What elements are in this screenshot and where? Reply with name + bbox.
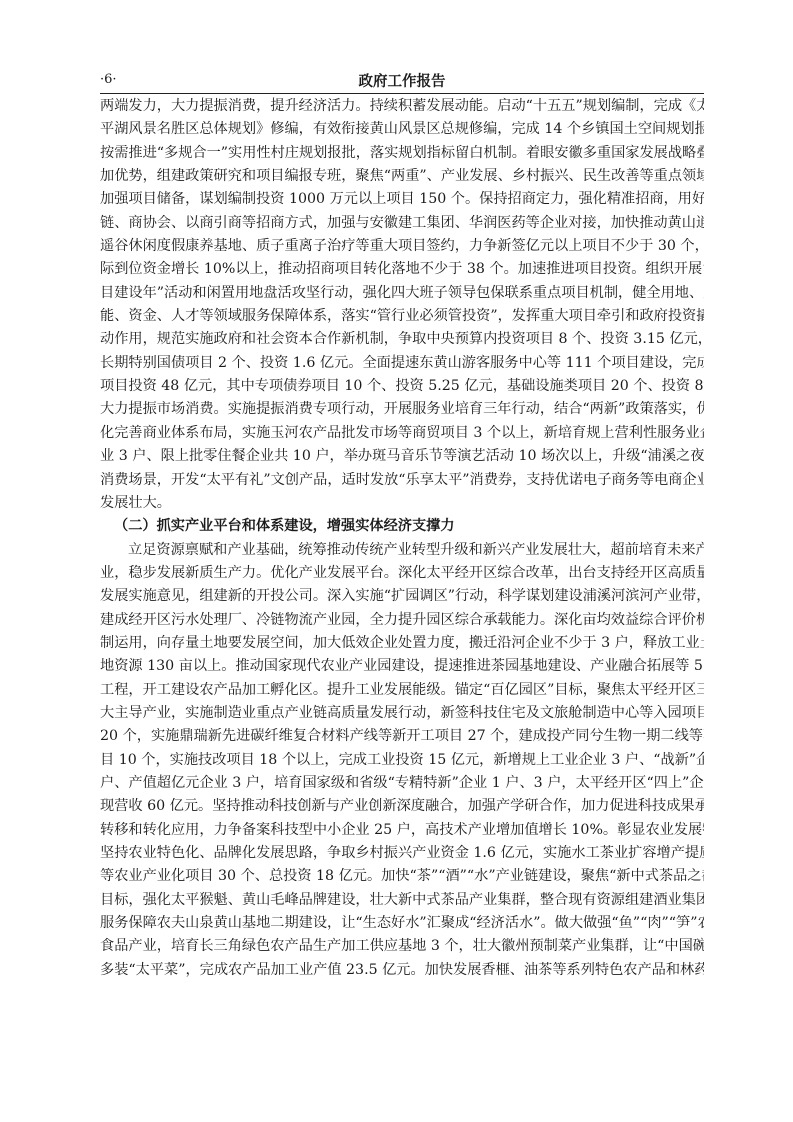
text-line: 际到位资金增长 10%以上，推动招商项目转化落地不少于 38 个。加速推进项目投… bbox=[100, 258, 704, 281]
text-line: 加强项目储备，谋划编制投资 1000 万元以上项目 150 个。保持招商定力，强… bbox=[100, 188, 704, 211]
text-line: 发展实施意见，组建新的开投公司。深入实施“扩园调区”行动，科学谋划建设浦溪河滨河… bbox=[100, 585, 704, 608]
text-line: 发展壮大。 bbox=[100, 492, 704, 515]
text-line: 化完善商业体系布局，实施玉河农产品批发市场等商贸项目 3 个以上，新培育规上营利… bbox=[100, 422, 704, 445]
text-line: 现营收 60 亿元。坚持推动科技创新与产业创新深度融合，加强产学研合作，加力促进… bbox=[100, 795, 704, 818]
page-header: ·6· 政府工作报告 bbox=[100, 70, 704, 92]
text-line: 户、产值超亿元企业 3 户，培育国家级和省级“专精特新”企业 1 户、3 户，太… bbox=[100, 772, 704, 795]
text-line: 业 3 户、限上批零住餐企业共 10 户，举办斑马音乐节等演艺活动 10 场次以… bbox=[100, 445, 704, 468]
text-line: 遥谷休闲度假康养基地、质子重离子治疗等重大项目签约，力争新签亿元以上项目不少于 … bbox=[100, 235, 704, 258]
text-line: 多装“太平菜”，完成农产品加工业产值 23.5 亿元。加快发展香榧、油茶等系列特… bbox=[100, 959, 704, 982]
text-line: 目建设年”活动和闲置用地盘活攻坚行动，强化四大班子领导包保联系重点项目机制，健全… bbox=[100, 282, 704, 305]
text-line: 转移和转化应用，力争备案科技型中小企业 25 户，高技术产业增加值增长 10%。… bbox=[100, 819, 704, 842]
text-line: 平湖风景名胜区总体规划》修编，有效衔接黄山风景区总规修编，完成 14 个乡镇国土… bbox=[100, 118, 704, 141]
text-line: 长期特别国债项目 2 个、投资 1.6 亿元。全面提速东黄山游客服务中心等 11… bbox=[100, 352, 704, 375]
text-line: 大主导产业，实施制造业重点产业链高质量发展行动，新签科技住宅及文旅舱制造中心等入… bbox=[100, 702, 704, 725]
header-rule bbox=[100, 93, 704, 94]
text-line: 能、资金、人才等领域服务保障体系，落实“管行业必须管投资”，发挥重大项目牵引和政… bbox=[100, 305, 704, 328]
text-line: 链、商协会、以商引商等招商方式，加强与安徽建工集团、华润医药等企业对接，加快推动… bbox=[100, 212, 704, 235]
text-line: 地资源 130 亩以上。推动国家现代农业产业园建设，提速推进茶园基地建设、产业融… bbox=[100, 655, 704, 678]
text-line: 业，稳步发展新质生产力。优化产业发展平台。深化太平经开区综合改革，出台支持经开区… bbox=[100, 562, 704, 585]
text-line: 消费场景，开发“太平有礼”文创产品，适时发放“乐享太平”消费券，支持优诺电子商务… bbox=[100, 469, 704, 492]
section-heading: （二）抓实产业平台和体系建设，增强实体经济支撑力 bbox=[100, 515, 704, 538]
text-line: 目 10 个，实施技改项目 18 个以上，完成工业投资 15 亿元，新增规上工业… bbox=[100, 749, 704, 772]
text-line: 动作用，规范实施政府和社会资本合作新机制，争取中央预算内投资项目 8 个、投资 … bbox=[100, 328, 704, 351]
text-line: 服务保障农夫山泉黄山基地二期建设，让“生态好水”汇聚成“经济活水”。做大做强“鱼… bbox=[100, 912, 704, 935]
text-line: 两端发力，大力提振消费，提升经济活力。持续积蓄发展动能。启动“十五五”规划编制，… bbox=[100, 95, 704, 118]
text-line: 工程，开工建设农产品加工孵化区。提升工业发展能级。锚定“百亿园区”目标，聚焦太平… bbox=[100, 679, 704, 702]
text-line bbox=[100, 982, 704, 1005]
text-line: 坚持农业特色化、品牌化发展思路，争取乡村振兴产业资金 1.6 亿元，实施水工茶业… bbox=[100, 842, 704, 865]
text-line: 大力提振市场消费。实施提振消费专项行动，开展服务业培育三年行动，结合“两新”政策… bbox=[100, 398, 704, 421]
text-line: 制运用，向存量土地要发展空间，加大低效企业处置力度，搬迁沿河企业不少于 3 户，… bbox=[100, 632, 704, 655]
text-line: 建成经开区污水处理厂、冷链物流产业园，全力提升园区综合承载能力。深化亩均效益综合… bbox=[100, 609, 704, 632]
text-line: 食品产业，培育长三角绿色农产品生产加工供应基地 3 个，壮大徽州预制菜产业集群，… bbox=[100, 935, 704, 958]
document-body: 两端发力，大力提振消费，提升经济活力。持续积蓄发展动能。启动“十五五”规划编制，… bbox=[100, 95, 704, 1005]
text-line: 项目投资 48 亿元，其中专项债券项目 10 个、投资 5.25 亿元，基础设施… bbox=[100, 375, 704, 398]
text-line: 立足资源禀赋和产业基础，统筹推动传统产业转型升级和新兴产业发展壮大，超前培育未来… bbox=[100, 539, 704, 562]
running-title: 政府工作报告 bbox=[100, 70, 704, 91]
text-line: 加优势，组建政策研究和项目编报专班，聚焦“两重”、产业发展、乡村振兴、民生改善等… bbox=[100, 165, 704, 188]
text-line: 按需推进“多规合一”实用性村庄规划报批，落实规划指标留白机制。着眼安徽多重国家发… bbox=[100, 142, 704, 165]
text-line: 20 个，实施鼎瑞新先进碳纤维复合材料产线等新开工项目 27 个，建成投产同兮生… bbox=[100, 725, 704, 748]
text-line: 目标，强化太平猴魁、黄山毛峰品牌建设，壮大新中式茶品产业集群，整合现有资源组建酒… bbox=[100, 889, 704, 912]
text-line: 等农业产业化项目 30 个、总投资 18 亿元。加快“茶”“酒”“水”产业链建设… bbox=[100, 865, 704, 888]
